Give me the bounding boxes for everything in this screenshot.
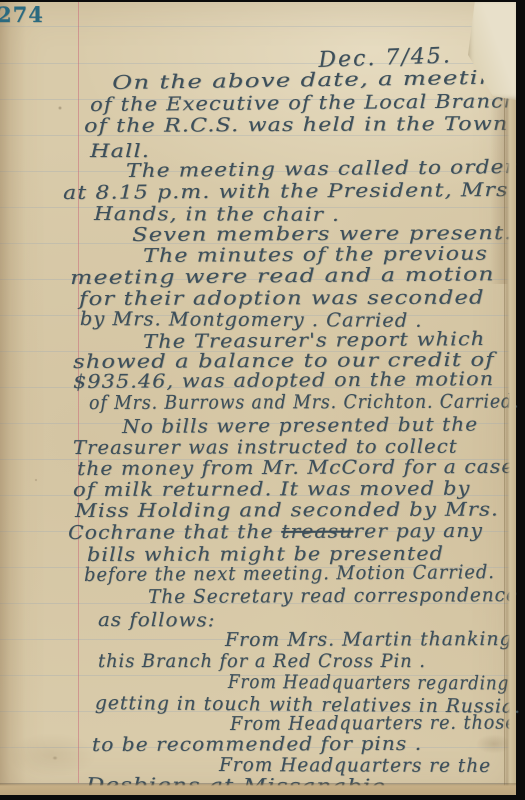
handwriting-line: From Headquarters re. those: [230, 712, 517, 735]
gutter-shadow: [0, 2, 44, 795]
handwriting-line: No bills were presented but the: [122, 414, 478, 438]
ledger-paper: 274 Dec. 7/45. On the above date, a meet…: [0, 2, 516, 795]
handwriting-line: From Mrs. Martin thanking: [225, 628, 513, 651]
handwriting-line: as follows:: [98, 609, 216, 631]
scanned-minute-book-page: 274 Dec. 7/45. On the above date, a meet…: [0, 0, 525, 800]
handwriting-line: the money from Mr. McCord for a case: [77, 456, 514, 480]
handwriting-line: The Secretary read correspondence: [148, 584, 518, 608]
handwriting-line: Hall.: [90, 140, 150, 162]
handwriting-line: at 8.15 p.m. with the President, Mrs.: [63, 179, 517, 204]
handwriting-line: of the R.C.S. was held in the Town: [84, 113, 508, 137]
handwriting-line: $935.46, was adopted on the motion: [73, 368, 494, 393]
handwriting-line: From Headquarters re the: [219, 754, 491, 777]
handwriting-line: From Headquarters regarding: [228, 671, 509, 694]
handwriting-line: to be recommended for pins .: [92, 733, 422, 756]
handwriting-line: Miss Holding and seconded by Mrs.: [75, 499, 499, 522]
handwriting-line: Desbiens at Missanabie: [86, 774, 386, 798]
handwriting-line: of Mrs. Burrows and Mrs. Crichton. Carri…: [89, 390, 519, 414]
handwriting-line: for their adoption was seconded: [79, 287, 485, 310]
handwriting-line: Cochrane that the treasurer pay any: [68, 520, 483, 544]
page-number: 274: [0, 2, 44, 27]
handwriting-line: of milk returned. It was moved by: [73, 478, 471, 501]
handwriting-line: meeting were read and a motion: [70, 263, 495, 289]
handwriting-line: before the next meeting. Motion Carried.: [84, 561, 495, 586]
handwriting-line: The meeting was called to order: [126, 156, 516, 182]
struck-word: treasu: [281, 521, 353, 543]
handwriting-line: this Branch for a Red Cross Pin .: [98, 650, 426, 672]
